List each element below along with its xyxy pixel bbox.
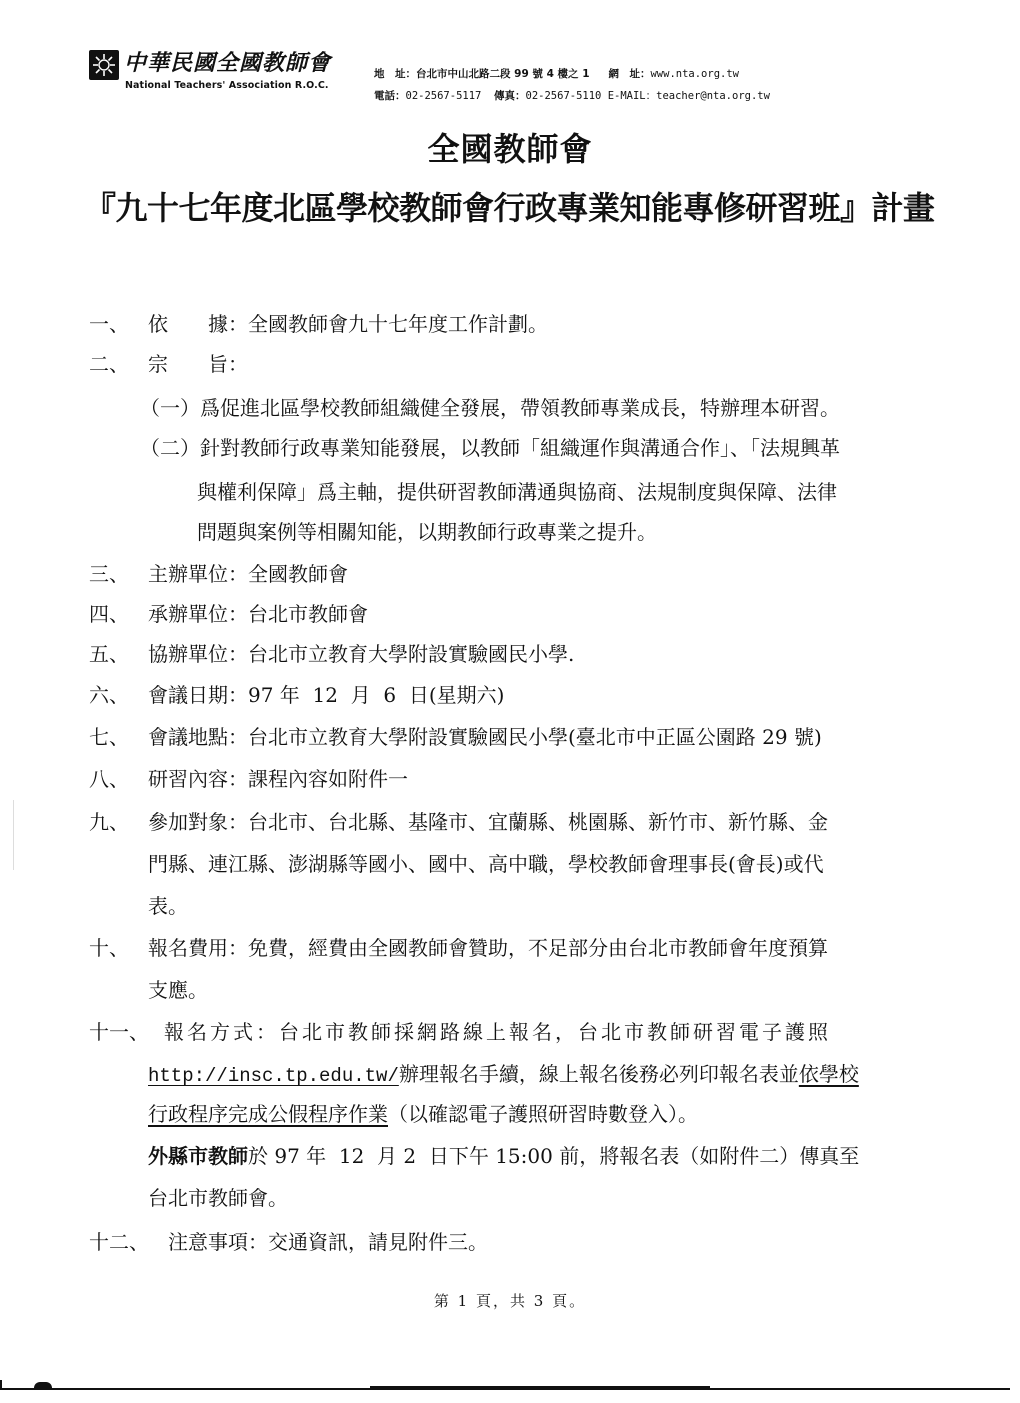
section-text: 免費，經費由全國教師會贊助，不足部分由台北市教師會年度預算 [248, 936, 828, 960]
section-host: 承辦單位：台北市教師會 [148, 602, 368, 626]
section-text-cont: 支應。 [148, 978, 208, 1002]
section-text: 97 年 12 月 6 日(星期六) [248, 683, 504, 707]
registration-details-cont: 行政程序完成公假程序作業（以確認電子護照研習時數登入）。 [148, 1102, 698, 1126]
section-notes: 注意事項：交通資訊，請見附件三。 [168, 1230, 488, 1254]
org-name-en: National Teachers' Association R.O.C. [125, 80, 329, 91]
page-indicator: 第 1 頁，共 3 頁。 [0, 1290, 1020, 1311]
section-number: 十一、 [89, 1020, 149, 1044]
section-number: 九、 [89, 810, 129, 834]
section-label: 協辦單位： [148, 642, 248, 666]
section-number: 六、 [89, 683, 129, 707]
section-text: 全國教師會九十七年度工作計劃。 [248, 312, 548, 336]
registration-text: （以確認電子護照研習時數登入）。 [388, 1102, 698, 1126]
section-number: 二、 [89, 352, 129, 376]
phone-value: 02-2567-5117 [406, 90, 482, 102]
document-title: 全國教師會 [0, 124, 1020, 170]
document-subtitle: 『九十七年度北區學校教師會行政專業知能專修研習班』計畫 [84, 183, 935, 229]
section-label: 會議地點： [148, 725, 248, 749]
section-number: 七、 [89, 725, 129, 749]
email-link[interactable]: teacher@nta.org.tw [656, 90, 770, 102]
registration-link[interactable]: http://insc.tp.edu.tw/ [148, 1065, 399, 1087]
website-link[interactable]: www.nta.org.tw [650, 68, 739, 80]
section-label: 主辦單位： [148, 562, 248, 586]
section-text: 全國教師會 [248, 562, 348, 586]
contact-line: 電話：02-2567-5117 傳真：02-2567-5110 E-MAIL：t… [374, 88, 770, 103]
section-text-cont: 表。 [148, 894, 188, 918]
purpose-text: 針對教師行政專業知能發展，以教師「組織運作與溝通合作」、「法規興革 [200, 436, 840, 460]
section-number: 十二、 [89, 1230, 149, 1254]
purpose-number: （一） [140, 396, 200, 420]
section-content: 研習內容：課程內容如附件一 [148, 767, 408, 791]
scan-artifact [13, 800, 14, 870]
website-label: 網 址： [608, 68, 650, 80]
section-text: 台北市教師會 [248, 602, 368, 626]
section-text: 交通資訊，請見附件三。 [268, 1230, 488, 1254]
fax-label: 傳真： [494, 90, 526, 102]
phone-label: 電話： [374, 90, 406, 102]
email-label: E-MAIL： [608, 90, 656, 102]
org-name-zh: 中華民國全國教師會 [124, 46, 331, 77]
section-label: 承辦單位： [148, 602, 248, 626]
section-purpose: 宗 旨： [148, 352, 248, 376]
section-label: 報名方式： [164, 1020, 279, 1044]
address-label: 地 址： [374, 68, 416, 80]
registration-text: 辦理報名手續，線上報名後務必列印報名表並 [399, 1062, 799, 1086]
registration-note: 外縣市教師於 97 年 12 月 2 日下午 15:00 前，將報名表（如附件二… [148, 1144, 859, 1168]
section-text: 台北市教師採網路線上報名，台北市教師研習電子護照 [279, 1020, 831, 1044]
section-registration: 報名方式：台北市教師採網路線上報名，台北市教師研習電子護照 [164, 1020, 831, 1044]
purpose-item-1: （一）爲促進北區學校教師組織健全發展，帶領教師專業成長，特辦理本研習。 [140, 396, 840, 420]
registration-underlined: 行政程序完成公假程序作業 [148, 1102, 388, 1126]
purpose-text: 爲促進北區學校教師組織健全發展，帶領教師專業成長，特辦理本研習。 [200, 396, 840, 420]
section-label: 會議日期： [148, 683, 248, 707]
section-number: 十、 [89, 936, 129, 960]
section-text: 台北市立教育大學附設實驗國民小學. [248, 642, 574, 666]
section-venue: 會議地點：台北市立教育大學附設實驗國民小學(臺北市中正區公園路 29 號) [148, 725, 822, 749]
purpose-text-cont: 問題與案例等相關知能，以期教師行政專業之提升。 [197, 520, 657, 544]
section-label: 報名費用： [148, 936, 248, 960]
fax-value: 02-2567-5110 [526, 90, 602, 102]
purpose-item-2: （二）針對教師行政專業知能發展，以教師「組織運作與溝通合作」、「法規興革 [140, 436, 840, 460]
section-text: 台北市、台北縣、基隆市、宜蘭縣、桃園縣、新竹市、新竹縣、金 [248, 810, 828, 834]
purpose-text-cont: 與權利保障」爲主軸，提供研習教師溝通與協商、法規制度與保障、法律 [197, 480, 837, 504]
registration-note-bold: 外縣市教師 [148, 1144, 248, 1168]
registration-note-cont: 台北市教師會。 [148, 1186, 288, 1210]
purpose-number: （二） [140, 436, 200, 460]
registration-details: http://insc.tp.edu.tw/辦理報名手續，線上報名後務必列印報名… [148, 1062, 859, 1088]
address-value: 台北市中山北路二段 99 號 4 樓之 1 [416, 68, 590, 80]
section-label: 注意事項： [168, 1230, 268, 1254]
section-number: 八、 [89, 767, 129, 791]
section-basis: 依 據：全國教師會九十七年度工作計劃。 [148, 312, 548, 336]
section-date: 會議日期：97 年 12 月 6 日(星期六) [148, 683, 504, 707]
registration-note-text: 於 97 年 12 月 2 日下午 15:00 前，將報名表（如附件二）傳真至 [248, 1144, 859, 1168]
registration-underlined: 依學校 [799, 1062, 859, 1086]
section-text: 台北市立教育大學附設實驗國民小學(臺北市中正區公園路 29 號) [248, 725, 822, 749]
section-number: 四、 [89, 602, 129, 626]
section-co-organizer: 協辦單位：台北市立教育大學附設實驗國民小學. [148, 642, 574, 666]
section-number: 五、 [89, 642, 129, 666]
section-label: 參加對象： [148, 810, 248, 834]
nta-emblem-icon [89, 50, 119, 80]
scan-edge-line [370, 1386, 710, 1389]
section-organizer: 主辦單位：全國教師會 [148, 562, 348, 586]
section-label: 宗 旨： [148, 352, 248, 376]
section-number: 一、 [89, 312, 129, 336]
section-text-cont: 門縣、連江縣、澎湖縣等國小、國中、高中職，學校教師會理事長(會長)或代 [148, 852, 824, 876]
address-line: 地 址：台北市中山北路二段 99 號 4 樓之 1 網 址：www.nta.or… [374, 66, 739, 81]
section-text: 課程內容如附件一 [248, 767, 408, 791]
section-number: 三、 [89, 562, 129, 586]
section-label: 依 據： [148, 312, 248, 336]
section-fee: 報名費用：免費，經費由全國教師會贊助，不足部分由台北市教師會年度預算 [148, 936, 828, 960]
section-label: 研習內容： [148, 767, 248, 791]
section-participants: 參加對象：台北市、台北縣、基隆市、宜蘭縣、桃園縣、新竹市、新竹縣、金 [148, 810, 828, 834]
